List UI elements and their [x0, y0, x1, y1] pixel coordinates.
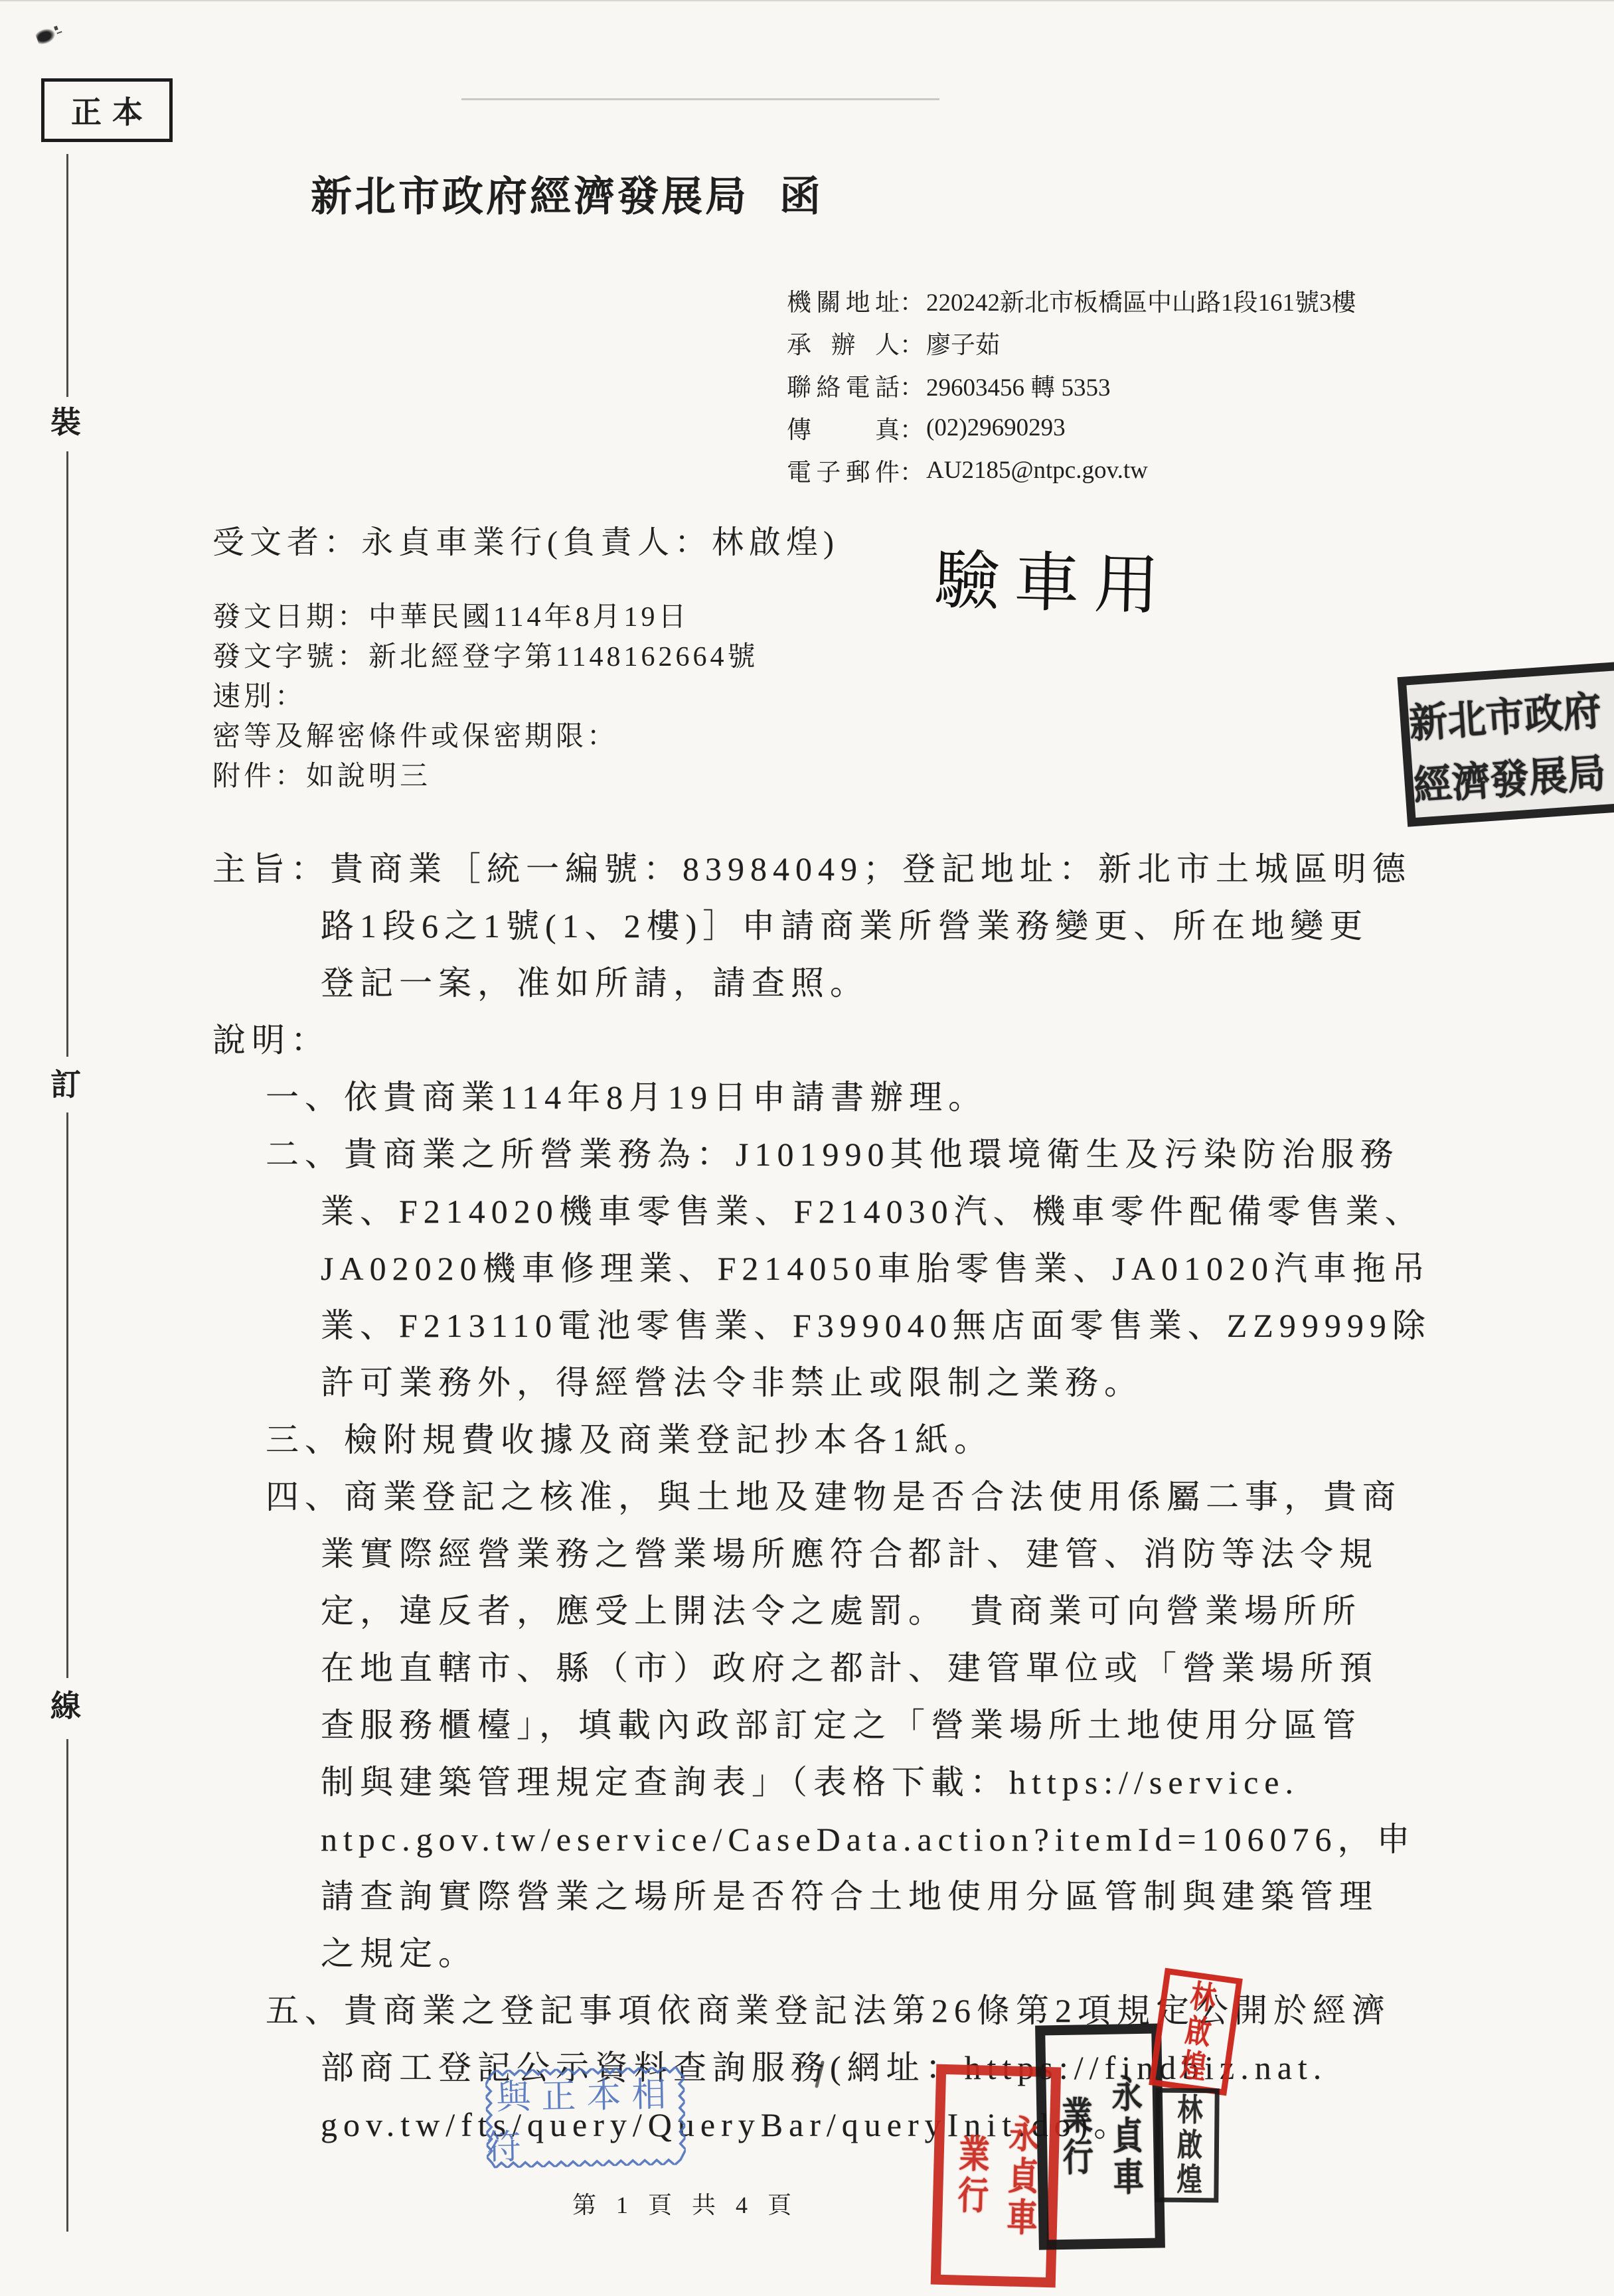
contact-label: 電子郵件	[787, 452, 900, 488]
contact-value: (02)29690293	[926, 414, 1066, 442]
reference-number-line: 發文字號：新北經登字第1148162664號	[212, 637, 758, 677]
recipient-line: 受文者：永貞車業行(負責人：林啟煌)	[212, 516, 839, 562]
colon: ：	[900, 325, 926, 360]
handwritten-note: 驗車用	[933, 528, 1175, 627]
binding-line-segment	[66, 1739, 68, 2232]
copy-type-box: 正本	[41, 78, 173, 142]
explanation-item-2-cont: JA02020機車修理業、F214050車胎零售業、JA01020汽車拖吊	[212, 1240, 1487, 1297]
subject-line: 路1段6之1號(1、2樓)］申請商業所營業務變更、所在地變更	[212, 897, 1487, 955]
explanation-item-2: 二、貴商業之所營業務為：J101990其他環境衛生及污染防治服務	[212, 1126, 1487, 1183]
explanation-item-1: 一、依貴商業114年8月19日申請書辦理。	[212, 1069, 1487, 1126]
explanation-item-4-cont: 業實際經營業務之營業場所應符合都計、建管、消防等法令規	[212, 1525, 1487, 1582]
binding-label-ding: 訂	[50, 1061, 81, 1105]
colon: ：	[900, 282, 926, 318]
agency-seal-row1: 新北市政府	[1407, 678, 1603, 749]
attachment-line: 附件：如說明三	[212, 757, 758, 797]
explanation-item-5-cont: 部商工登記公示資料查詢服務(網址：https://findbiz.nat.	[212, 2039, 1487, 2096]
copy-type-label: 正本	[60, 88, 153, 132]
contact-row-fax: 傳真：(02)29690293	[787, 406, 1356, 449]
colon: ：	[900, 367, 926, 403]
owner-seal-red-text: 林啟煌	[1170, 1977, 1221, 2086]
certified-copy-stamp-text: 與正本相符	[485, 2066, 686, 2168]
owner-seal-red: 林啟煌	[1149, 1968, 1243, 2096]
page-title: 新北市政府經濟發展局函	[311, 163, 823, 222]
letter-body: 主旨：貴商業［統一編號：83984049；登記地址：新北市土城區明德 路1段6之…	[212, 840, 1487, 2153]
document-type-label: 函	[779, 175, 823, 220]
binding-line-segment	[66, 1112, 68, 1678]
contact-row-email: 電子郵件：AU2185@ntpc.gov.tw	[787, 449, 1356, 491]
subject-line: 主旨：貴商業［統一編號：83984049；登記地址：新北市土城區明德	[212, 840, 1487, 897]
scan-edge-artifact	[0, 0, 1614, 1]
binding-label-zhuang: 裝	[50, 398, 81, 442]
business-seal-black-col-right: 永貞車	[1102, 2074, 1148, 2199]
colon: ：	[900, 410, 926, 445]
explanation-item-4-cont: 查服務櫃檯」，填載內政部訂定之「營業場所土地使用分區管	[212, 1697, 1487, 1754]
contact-row-phone: 聯絡電話：29603456 轉 5353	[787, 364, 1356, 406]
contact-value: 220242新北市板橋區中山路1段161號3樓	[926, 282, 1356, 318]
agency-contact-block: 機關地址：220242新北市板橋區中山路1段161號3樓 承辦人：廖子茹 聯絡電…	[787, 279, 1356, 491]
explanation-item-4: 四、商業登記之核准，與土地及建物是否合法使用係屬二事，貴商	[212, 1468, 1487, 1525]
contact-row-address: 機關地址：220242新北市板橋區中山路1段161號3樓	[787, 279, 1356, 321]
contact-value: 29603456 轉 5353	[926, 367, 1111, 403]
explanation-item-5-cont: gov.tw/fts/query/QueryBar/queryInit.do)。	[212, 2096, 1487, 2153]
explanation-item-5: 五、貴商業之登記事項依商業登記法第26條第2項規定公開於經濟	[212, 1982, 1487, 2039]
business-seal-red-col-left: 業行	[948, 2133, 994, 2218]
explanation-item-4-cont: ntpc.gov.tw/eservice/CaseData.action?ite…	[212, 1811, 1487, 1868]
contact-label: 承辦人	[787, 325, 900, 360]
explanation-item-4-cont: 請查詢實際營業之場所是否符合土地使用分區管制與建築管理	[212, 1868, 1487, 1925]
explanation-item-4-cont: 在地直轄市、縣（市）政府之都計、建管單位或「營業場所預	[212, 1640, 1487, 1697]
business-seal-black: 永貞車 業行	[1035, 2023, 1165, 2250]
scan-line-artifact	[461, 98, 939, 100]
contact-value: 廖子茹	[926, 325, 1000, 360]
binding-line-segment	[66, 451, 68, 1057]
business-seal-black-col-left: 業行	[1052, 2096, 1097, 2179]
explanation-heading: 說明：	[212, 1012, 1487, 1069]
classification-line: 密等及解密條件或保密期限：	[212, 717, 758, 757]
explanation-item-2-cont: 業、F213110電池零售業、F399040無店面零售業、ZZ99999除	[212, 1297, 1487, 1354]
ink-blot-mark	[35, 25, 58, 47]
explanation-item-4-cont: 之規定。	[212, 1925, 1487, 1982]
owner-seal-black: 林啟煌	[1155, 2088, 1219, 2203]
explanation-item-4-cont: 定，違反者，應受上開法令之處罰。 貴商業可向營業場所所	[212, 1582, 1487, 1640]
contact-value: AU2185@ntpc.gov.tw	[926, 456, 1148, 485]
explanation-item-2-cont: 許可業務外，得經營法令非禁止或限制之業務。	[212, 1354, 1487, 1411]
subject-line: 登記一案，准如所請，請查照。	[212, 955, 1487, 1012]
agency-seal-row2: 經濟發展局	[1412, 740, 1607, 812]
contact-label: 傳真	[787, 410, 900, 445]
issue-date-line: 發文日期：中華民國114年8月19日	[212, 597, 758, 637]
contact-row-officer: 承辦人：廖子茹	[787, 321, 1356, 364]
agency-seal-stamp: 新北市政府 經濟發展局	[1398, 661, 1614, 826]
explanation-item-3: 三、檢附規費收據及商業登記抄本各1紙。	[212, 1411, 1487, 1468]
priority-line: 速別：	[212, 677, 758, 717]
binding-line-segment	[66, 154, 68, 397]
document-meta-block: 發文日期：中華民國114年8月19日 發文字號：新北經登字第1148162664…	[212, 597, 758, 797]
explanation-item-4-cont: 制與建築管理規定查詢表」（表格下載：https://service.	[212, 1754, 1487, 1811]
colon: ：	[900, 452, 926, 488]
explanation-item-2-cont: 業、F214020機車零售業、F214030汽、機車零件配備零售業、	[212, 1183, 1487, 1240]
contact-label: 聯絡電話	[787, 367, 900, 403]
binding-label-xian: 線	[50, 1682, 81, 1726]
contact-label: 機關地址	[787, 282, 900, 318]
issuing-agency-name: 新北市政府經濟發展局	[311, 175, 749, 220]
scanned-official-letter-page: 正本 裝 訂 線 新北市政府經濟發展局函 機關地址：220242新北市板橋區中山…	[0, 0, 1614, 2296]
page-number-footer: 第 1 頁 共 4 頁	[572, 2186, 794, 2220]
certified-copy-stamp: 與正本相符	[485, 2066, 686, 2168]
owner-seal-black-text: 林啟煌	[1169, 2093, 1206, 2198]
